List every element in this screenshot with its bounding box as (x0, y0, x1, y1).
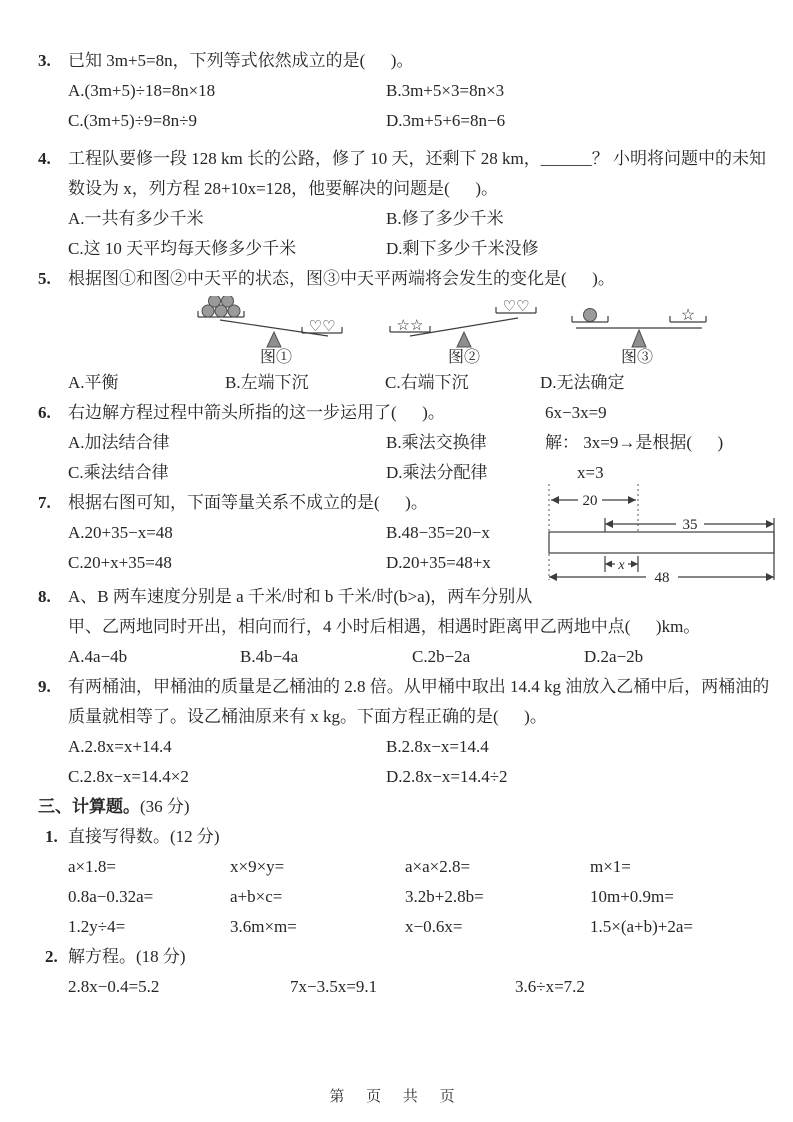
balance-figures-row: ♡♡ 图① ☆☆ ♡♡ 图② (68, 296, 777, 368)
dim-label-x: x (617, 558, 625, 573)
question-number: 8. (38, 582, 51, 612)
question-stem: 数设为 x，列方程 28+10x=128，他要解决的问题是( )。 (68, 174, 777, 204)
equation: 2.8x−0.4=5.2 (68, 972, 290, 1002)
question-8: 8. A、B 两车速度分别是 a 千米/时和 b 千米/时(b>a)，两车分别从… (38, 582, 777, 672)
test-paper-page: 3. 已知 3m+5=8n，下列等式依然成立的是( )。 A.(3m+5)÷18… (38, 46, 777, 1002)
option-d: D.剩下多少千米没修 (386, 234, 777, 264)
balance-scale-figure-1: ♡♡ 图① (186, 296, 366, 368)
question-stem: 已知 3m+5=8n，下列等式依然成立的是( )。 (68, 46, 777, 76)
options-grid: A.2.8x=x+14.4 B.2.8x−x=14.4 C.2.8x−x=14.… (68, 732, 777, 792)
question-number: 6. (38, 398, 51, 428)
option-b: B.2.8x−x=14.4 (386, 732, 777, 762)
option-c: C.这 10 天平均每天修多少千米 (68, 234, 386, 264)
hearts-icon: ♡♡ (503, 299, 530, 315)
option-d: D.2.8x−x=14.4÷2 (386, 762, 777, 792)
stars-icon: ☆☆ (397, 318, 424, 334)
figure-caption: 图① (186, 348, 366, 368)
option-a: A.平衡 (68, 368, 225, 398)
expression: a+b×c= (230, 882, 405, 912)
question-number: 9. (38, 672, 51, 702)
expression: m×1= (590, 852, 777, 882)
question-stem: 有两桶油，甲桶油的质量是乙桶油的 2.8 倍。从甲桶中取出 14.4 kg 油放… (68, 672, 777, 702)
figure-caption: 图② (384, 348, 544, 368)
expression: x×9×y= (230, 852, 405, 882)
expression: 10m+0.9m= (590, 882, 777, 912)
option-d: D.3m+5+6=8n−6 (386, 106, 777, 136)
hearts-icon: ♡♡ (309, 319, 336, 335)
option-b: B.3m+5×3=8n×3 (386, 76, 777, 106)
option-a: A.4a−4b (68, 642, 240, 672)
balance-scale-icon: ☆☆ ♡♡ (384, 296, 544, 348)
option-d: D.20+35=48+x (386, 548, 548, 578)
options-grid: A.一共有多少千米 B.修了多少千米 C.这 10 天平均每天修多少千米 D.剩… (68, 204, 777, 264)
question-9: 9. 有两桶油，甲桶油的质量是乙桶油的 2.8 倍。从甲桶中取出 14.4 kg… (38, 672, 777, 792)
expression: x−0.6x= (405, 912, 590, 942)
question-stem: A、B 两车速度分别是 a 千米/时和 b 千米/时(b>a)，两车分别从 (68, 582, 777, 612)
options-grid: A.20+35−x=48 B.48−35=20−x C.20+x+35=48 D… (68, 518, 548, 578)
option-c: C.20+x+35=48 (68, 548, 386, 578)
option-c: C.2.8x−x=14.4×2 (68, 762, 386, 792)
option-b: B.48−35=20−x (386, 518, 548, 548)
expression: 3.6m×m= (230, 912, 405, 942)
option-a: A.2.8x=x+14.4 (68, 732, 386, 762)
subsection-2: 2. 解方程。(18 分) (38, 942, 777, 972)
option-b: B.左端下沉 (225, 368, 385, 398)
solution-step: 6x−3x=9 (545, 398, 793, 428)
balance-scale-figure-3: ☆ 图③ (562, 296, 712, 368)
star-icon: ☆ (681, 307, 695, 324)
subsection-number: 1. (45, 822, 58, 852)
solve-equations-row: 2.8x−0.4=5.2 7x−3.5x=9.1 3.6÷x=7.2 (38, 972, 777, 1002)
question-stem: 根据图①和图②中天平的状态，图③中天平两端将会发生的变化是( )。 (68, 264, 777, 294)
question-number: 4. (38, 144, 51, 174)
dim-label-35: 35 (683, 517, 698, 533)
balance-scale-icon: ☆ (562, 296, 712, 348)
option-d: D.无法确定 (540, 368, 777, 398)
solution-step-arrow: 解： 3x=9→是根据( ) (545, 428, 793, 458)
subsection-number: 2. (45, 942, 58, 972)
expression: 0.8a−0.32a= (68, 882, 230, 912)
expression: 3.2b+2.8b= (405, 882, 590, 912)
option-d: D.乘法分配律 (386, 458, 548, 488)
subsection-title: 解方程。(18 分) (68, 942, 777, 972)
option-c: C.(3m+5)÷9=8n÷9 (68, 106, 386, 136)
option-a: A.(3m+5)÷18=8n×18 (68, 76, 386, 106)
expression: 1.2y÷4= (68, 912, 230, 942)
question-number: 3. (38, 46, 51, 76)
question-5: 5. 根据图①和图②中天平的状态，图③中天平两端将会发生的变化是( )。 (38, 264, 777, 398)
bar-model-diagram: 20 35 x (538, 480, 788, 591)
section-heading: 三、计算题。(36 分) (38, 792, 777, 822)
option-b: B.乘法交换律 (386, 428, 548, 458)
bar-model-icon: 20 35 x (538, 480, 788, 586)
option-d: D.2a−2b (584, 642, 777, 672)
balance-scale-figure-2: ☆☆ ♡♡ 图② (384, 296, 544, 368)
equation-solving-steps: 6x−3x=9 解： 3x=9→是根据( ) x=3 (545, 398, 793, 488)
question-number: 5. (38, 264, 51, 294)
section-title: 三、计算题。 (38, 797, 140, 816)
options-grid: A.4a−4b B.4b−4a C.2b−2a D.2a−2b (68, 642, 777, 672)
equation: 7x−3.5x=9.1 (290, 972, 515, 1002)
question-stem: 甲、乙两地同时开出，相向而行，4 小时后相遇，相遇时距离甲乙两地中点( )km。 (68, 612, 777, 642)
option-c: C.乘法结合律 (68, 458, 386, 488)
question-7: 7. 根据右图可知，下面等量关系不成立的是( )。 A.20+35−x=48 B… (38, 488, 777, 578)
options-grid: A.加法结合律 B.乘法交换律 C.乘法结合律 D.乘法分配律 (68, 428, 548, 488)
options-grid: A.(3m+5)÷18=8n×18 B.3m+5×3=8n×3 C.(3m+5)… (68, 76, 777, 136)
expression: 1.5×(a+b)+2a= (590, 912, 777, 942)
question-stem: 工程队要修一段 128 km 长的公路，修了 10 天，还剩下 28 km，__… (68, 144, 777, 174)
option-c: C.2b−2a (412, 642, 584, 672)
option-b: B.4b−4a (240, 642, 412, 672)
option-c: C.右端下沉 (385, 368, 540, 398)
subsection-1: 1. 直接写得数。(12 分) (38, 822, 777, 852)
question-number: 7. (38, 488, 51, 518)
option-a: A.20+35−x=48 (68, 518, 386, 548)
option-a: A.一共有多少千米 (68, 204, 386, 234)
question-4: 4. 工程队要修一段 128 km 长的公路，修了 10 天，还剩下 28 km… (38, 144, 777, 264)
subsection-title: 直接写得数。(12 分) (68, 822, 777, 852)
section-score: (36 分) (140, 797, 190, 816)
question-3: 3. 已知 3m+5=8n，下列等式依然成立的是( )。 A.(3m+5)÷18… (38, 46, 777, 136)
expression: a×a×2.8= (405, 852, 590, 882)
option-a: A.加法结合律 (68, 428, 386, 458)
expression: a×1.8= (68, 852, 230, 882)
options-grid: A.平衡 B.左端下沉 C.右端下沉 D.无法确定 (68, 368, 777, 398)
option-b: B.修了多少千米 (386, 204, 777, 234)
figure-caption: 图③ (562, 348, 712, 368)
dim-label-20: 20 (583, 493, 598, 509)
mental-math-grid: a×1.8= x×9×y= a×a×2.8= m×1= 0.8a−0.32a= … (38, 852, 777, 942)
question-stem: 质量就相等了。设乙桶油原来有 x kg。下面方程正确的是( )。 (68, 702, 777, 732)
balance-scale-icon: ♡♡ (186, 296, 366, 348)
equation: 3.6÷x=7.2 (515, 972, 777, 1002)
question-6: 6. 右边解方程过程中箭头所指的这一步运用了( )。 A.加法结合律 B.乘法交… (38, 398, 777, 488)
page-footer: 第 页 共 页 (0, 1085, 793, 1106)
